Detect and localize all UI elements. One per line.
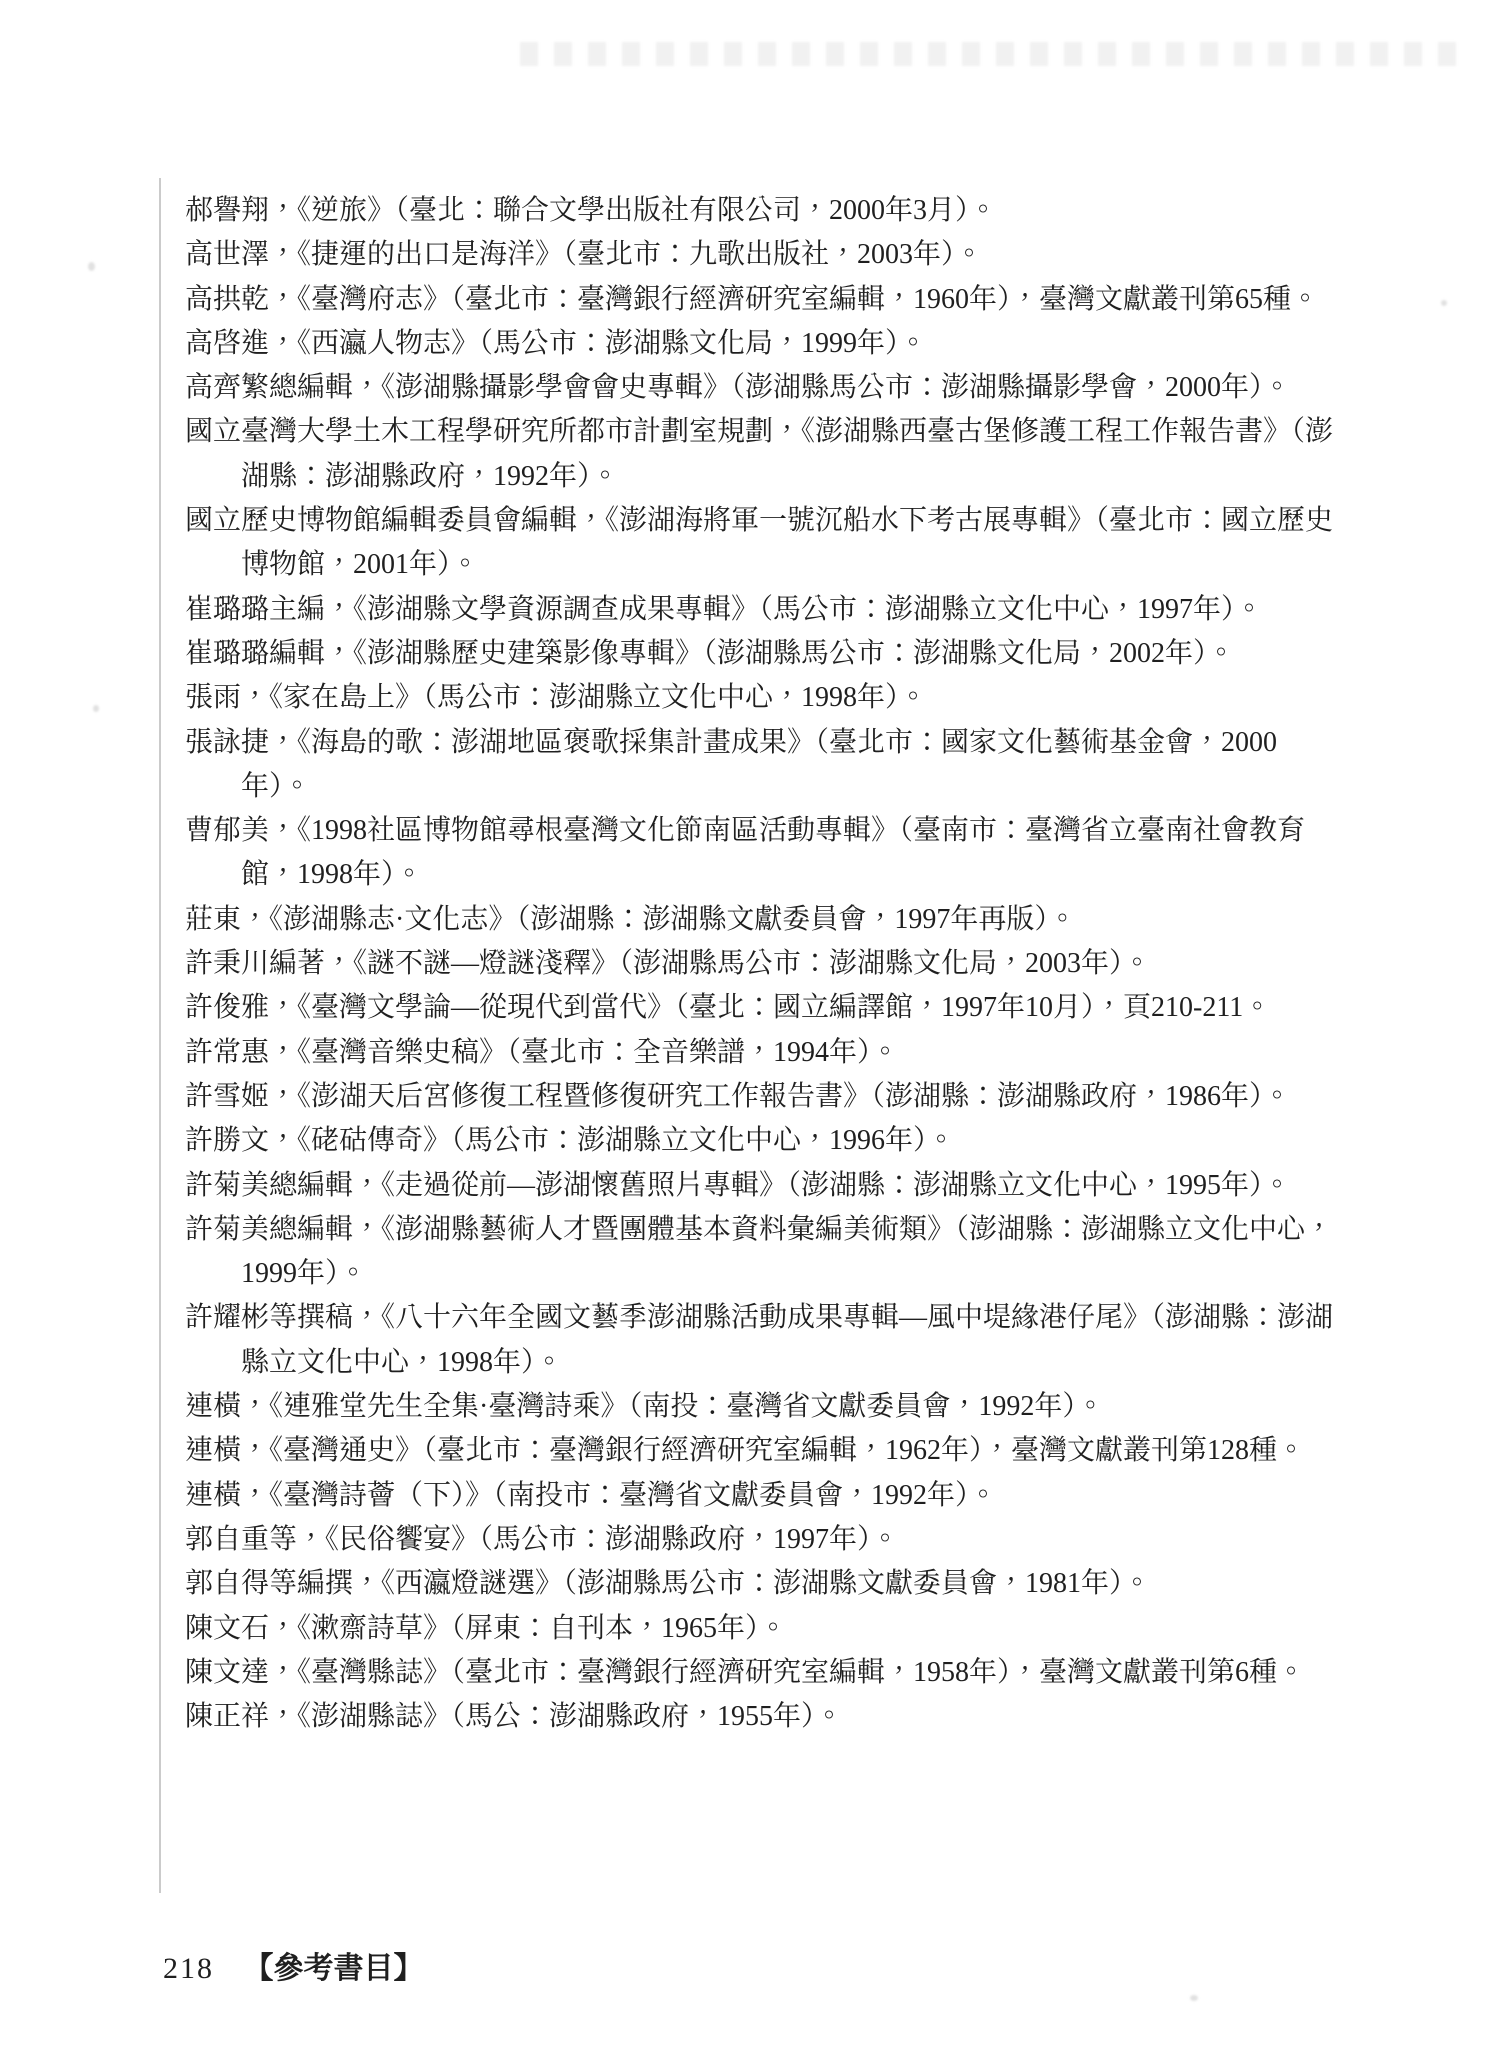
bibliography-entry: 許雪姬，《澎湖天后宮修復工程暨修復研究工作報告書》（澎湖縣：澎湖縣政府，1986… (185, 1075, 1337, 1119)
bibliography-entry: 高齊繁總編輯，《澎湖縣攝影學會會史專輯》（澎湖縣馬公市：澎湖縣攝影學會，2000… (185, 366, 1337, 410)
bibliography-entry: 許秉川編著，《謎不謎—燈謎淺釋》（澎湖縣馬公市：澎湖縣文化局，2003年）。 (185, 942, 1337, 986)
bibliography-entry: 莊東，《澎湖縣志·文化志》（澎湖縣：澎湖縣文獻委員會，1997年再版）。 (185, 898, 1337, 942)
bibliography-entry: 高啓進，《西瀛人物志》（馬公市：澎湖縣文化局，1999年）。 (185, 322, 1337, 366)
scan-bleed-artifact (520, 42, 1470, 66)
section-label: 【參考書目】 (244, 1950, 424, 1988)
page-footer: 218 【參考書目】 (163, 1950, 424, 1988)
scan-speck (88, 262, 95, 271)
bibliography-entry: 許菊美總編輯，《澎湖縣藝術人才暨團體基本資料彙編美術類》（澎湖縣：澎湖縣立文化中… (185, 1208, 1337, 1297)
bibliography-entry: 高拱乾，《臺灣府志》（臺北市：臺灣銀行經濟研究室編輯，1960年），臺灣文獻叢刊… (185, 278, 1337, 322)
bibliography-entry: 連橫，《連雅堂先生全集·臺灣詩乘》（南投：臺灣省文獻委員會，1992年）。 (185, 1385, 1337, 1429)
page-number: 218 (163, 1950, 214, 1988)
bibliography-entry: 連橫，《臺灣詩薈（下）》（南投市：臺灣省文獻委員會，1992年）。 (185, 1474, 1337, 1518)
bibliography-entry: 陳文達，《臺灣縣誌》（臺北市：臺灣銀行經濟研究室編輯，1958年），臺灣文獻叢刊… (185, 1651, 1337, 1695)
bibliography-entry: 陳文石，《漱齋詩草》（屏東：自刊本，1965年）。 (185, 1607, 1337, 1651)
bibliography-list: 郝譽翔，《逆旅》（臺北：聯合文學出版社有限公司，2000年3月）。高世澤，《捷運… (185, 189, 1337, 1739)
bibliography-entry: 崔璐璐主編，《澎湖縣文學資源調查成果專輯》（馬公市：澎湖縣立文化中心，1997年… (185, 588, 1337, 632)
bibliography-entry: 曹郁美，《1998社區博物館尋根臺灣文化節南區活動專輯》（臺南市：臺灣省立臺南社… (185, 809, 1337, 898)
bibliography-entry: 陳正祥，《澎湖縣誌》（馬公：澎湖縣政府，1955年）。 (185, 1695, 1337, 1739)
bibliography-entry: 國立歷史博物館編輯委員會編輯，《澎湖海將軍一號沉船水下考古展專輯》（臺北市：國立… (185, 499, 1337, 588)
bibliography-entry: 國立臺灣大學土木工程學研究所都市計劃室規劃，《澎湖縣西臺古堡修護工程工作報告書》… (185, 410, 1337, 499)
bibliography-entry: 許耀彬等撰稿，《八十六年全國文藝季澎湖縣活動成果專輯—風中堤緣港仔尾》（澎湖縣：… (185, 1296, 1337, 1385)
bibliography-entry: 許俊雅，《臺灣文學論—從現代到當代》（臺北：國立編譯館，1997年10月），頁2… (185, 986, 1337, 1030)
scan-speck (93, 705, 99, 712)
bibliography-entry: 許菊美總編輯，《走過從前—澎湖懷舊照片專輯》（澎湖縣：澎湖縣立文化中心，1995… (185, 1164, 1337, 1208)
bibliography-entry: 郭自重等，《民俗饗宴》（馬公市：澎湖縣政府，1997年）。 (185, 1518, 1337, 1562)
bibliography-entry: 許常惠，《臺灣音樂史稿》（臺北市：全音樂譜，1994年）。 (185, 1031, 1337, 1075)
bibliography-entry: 張雨，《家在島上》（馬公市：澎湖縣立文化中心，1998年）。 (185, 676, 1337, 720)
bibliography-entry: 高世澤，《捷運的出口是海洋》（臺北市：九歌出版社，2003年）。 (185, 233, 1337, 277)
scan-speck (1190, 1995, 1198, 2001)
scan-speck (1441, 300, 1447, 306)
bibliography-entry: 郭自得等編撰，《西瀛燈謎選》（澎湖縣馬公市：澎湖縣文獻委員會，1981年）。 (185, 1562, 1337, 1606)
bibliography-entry: 崔璐璐編輯，《澎湖縣歷史建築影像專輯》（澎湖縣馬公市：澎湖縣文化局，2002年）… (185, 632, 1337, 676)
bibliography-entry: 郝譽翔，《逆旅》（臺北：聯合文學出版社有限公司，2000年3月）。 (185, 189, 1337, 233)
bibliography-entry: 張詠捷，《海島的歌：澎湖地區褒歌採集計畫成果》（臺北市：國家文化藝術基金會，20… (185, 721, 1337, 810)
scan-artifact-line (159, 178, 161, 1893)
bibliography-entry: 許勝文，《硓𥑮傳奇》（馬公市：澎湖縣立文化中心，1996年）。 (185, 1119, 1337, 1163)
bibliography-entry: 連橫，《臺灣通史》（臺北市：臺灣銀行經濟研究室編輯，1962年），臺灣文獻叢刊第… (185, 1429, 1337, 1473)
